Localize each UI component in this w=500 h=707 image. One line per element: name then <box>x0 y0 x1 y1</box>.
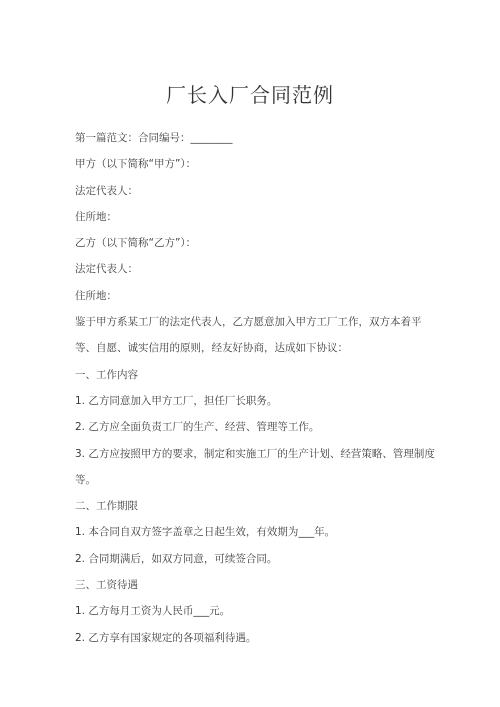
document-line: 1. 本合同自双方签字盖章之日起生效，有效期为___年。 <box>75 519 460 545</box>
document-body: 第一篇范文：合同编号：________甲方（以下简称“甲方”）：法定代表人：住所… <box>0 125 500 651</box>
document-line: 乙方（以下简称“乙方”）： <box>75 230 460 256</box>
document-line: 鉴于甲方系某工厂的法定代表人，乙方愿意加入甲方工厂工作，双方本着平 <box>75 309 460 335</box>
document-line: 1. 乙方每月工资为人民币___元。 <box>75 598 460 624</box>
document-line: 一、工作内容 <box>75 362 460 388</box>
document-line: 二、工作期限 <box>75 493 460 519</box>
document-line: 第一篇范文：合同编号：________ <box>75 125 460 151</box>
document-line: 2. 乙方应全面负责工厂的生产、经营、管理等工作。 <box>75 414 460 440</box>
document-line: 2. 乙方享有国家规定的各项福利待遇。 <box>75 625 460 651</box>
document-line: 甲方（以下简称“甲方”）： <box>75 151 460 177</box>
document-line: 住所地： <box>75 204 460 230</box>
document-title: 厂长入厂合同范例 <box>0 0 500 106</box>
document-line: 等。 <box>75 467 460 493</box>
document-line: 法定代表人： <box>75 178 460 204</box>
document-line: 三、工资待遇 <box>75 572 460 598</box>
document-line: 2. 合同期满后，如双方同意，可续签合同。 <box>75 546 460 572</box>
document-line: 法定代表人： <box>75 256 460 282</box>
contract-document-page: 厂长入厂合同范例 第一篇范文：合同编号：________甲方（以下简称“甲方”）… <box>0 0 500 707</box>
document-line: 1. 乙方同意加入甲方工厂，担任厂长职务。 <box>75 388 460 414</box>
document-line: 3. 乙方应按照甲方的要求，制定和实施工厂的生产计划、经营策略、管理制度 <box>75 441 460 467</box>
document-line: 住所地： <box>75 283 460 309</box>
document-line: 等、自愿、诚实信用的原则，经友好协商，达成如下协议： <box>75 335 460 361</box>
